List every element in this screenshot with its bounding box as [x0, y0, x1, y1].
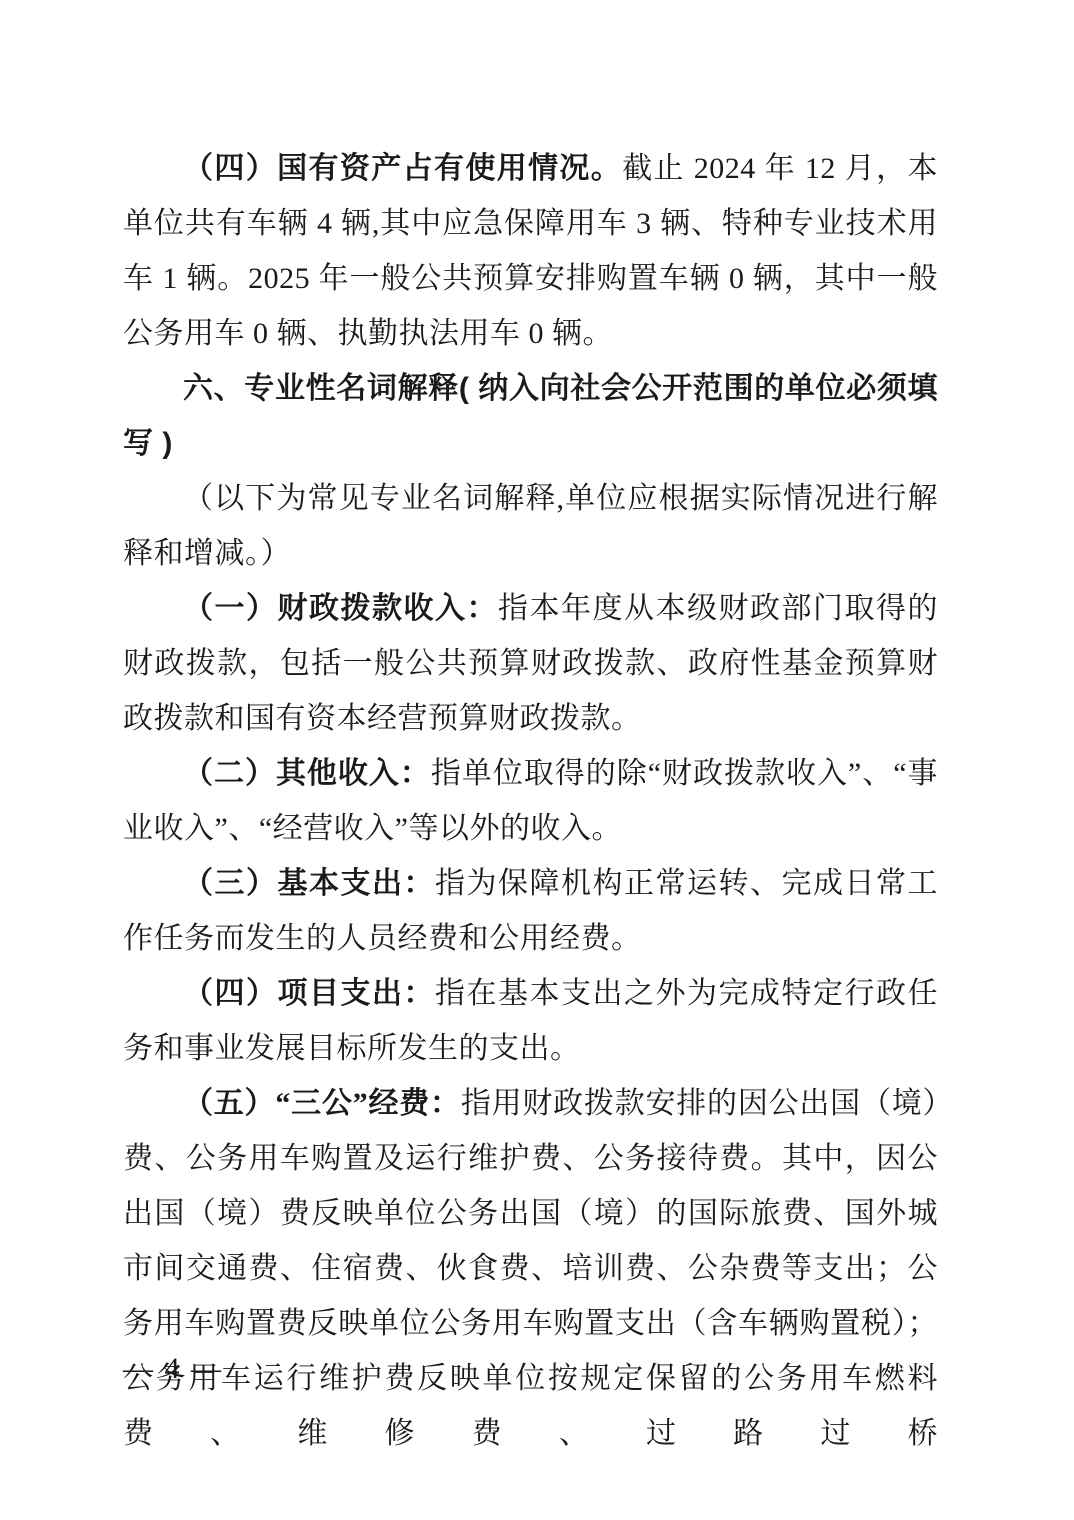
- paragraph-term-basic-expenditure-lead: （三）基本支出：: [183, 867, 435, 900]
- paragraph-term-other-income-lead: （二）其他收入：: [183, 757, 431, 790]
- paragraph-term-basic-expenditure: （三）基本支出：指为保障机构正常运转、完成日常工作任务而发生的人员经费和公用经费…: [123, 856, 938, 966]
- paragraph-state-assets-usage: （四）国有资产占有使用情况。截止 2024 年 12 月，本单位共有车辆 4 辆…: [123, 141, 938, 361]
- section-heading-terminology-text: 六、专业性名词解释( 纳入向社会公开范围的单位必须填写 ): [123, 372, 938, 460]
- paragraph-term-fiscal-appropriation-income-lead: （一）财政拨款收入：: [183, 592, 498, 625]
- paragraph-term-fiscal-appropriation-income: （一）财政拨款收入：指本年度从本级财政部门取得的财政拨款，包括一般公共预算财政拨…: [123, 581, 938, 746]
- paragraph-term-other-income: （二）其他收入：指单位取得的除“财政拨款收入”、“事业收入”、“经营收入”等以外…: [123, 746, 938, 856]
- document-page: （四）国有资产占有使用情况。截止 2024 年 12 月，本单位共有车辆 4 辆…: [0, 0, 1074, 1520]
- paragraph-state-assets-usage-lead: （四）国有资产占有使用情况。: [183, 152, 622, 185]
- paragraph-term-three-public-funds: （五）“三公”经费：指用财政拨款安排的因公出国（境）费、公务用车购置及运行维护费…: [123, 1076, 938, 1461]
- paragraph-term-project-expenditure: （四）项目支出：指在基本支出之外为完成特定行政任务和事业发展目标所发生的支出。: [123, 966, 938, 1076]
- paragraph-term-project-expenditure-lead: （四）项目支出：: [183, 977, 435, 1010]
- document-body: （四）国有资产占有使用情况。截止 2024 年 12 月，本单位共有车辆 4 辆…: [123, 141, 938, 1461]
- paragraph-terms-note: （以下为常见专业名词解释,单位应根据实际情况进行解释和增减。）: [123, 471, 938, 581]
- section-heading-terminology: 六、专业性名词解释( 纳入向社会公开范围的单位必须填写 ): [123, 361, 938, 471]
- paragraph-terms-note-text: （以下为常见专业名词解释,单位应根据实际情况进行解释和增减。）: [123, 482, 938, 570]
- paragraph-term-three-public-funds-text: 指用财政拨款安排的因公出国（境）费、公务用车购置及运行维护费、公务接待费。其中，…: [123, 1087, 938, 1450]
- paragraph-term-three-public-funds-lead: （五）“三公”经费：: [183, 1087, 461, 1120]
- page-number: — 4 —: [123, 1348, 223, 1390]
